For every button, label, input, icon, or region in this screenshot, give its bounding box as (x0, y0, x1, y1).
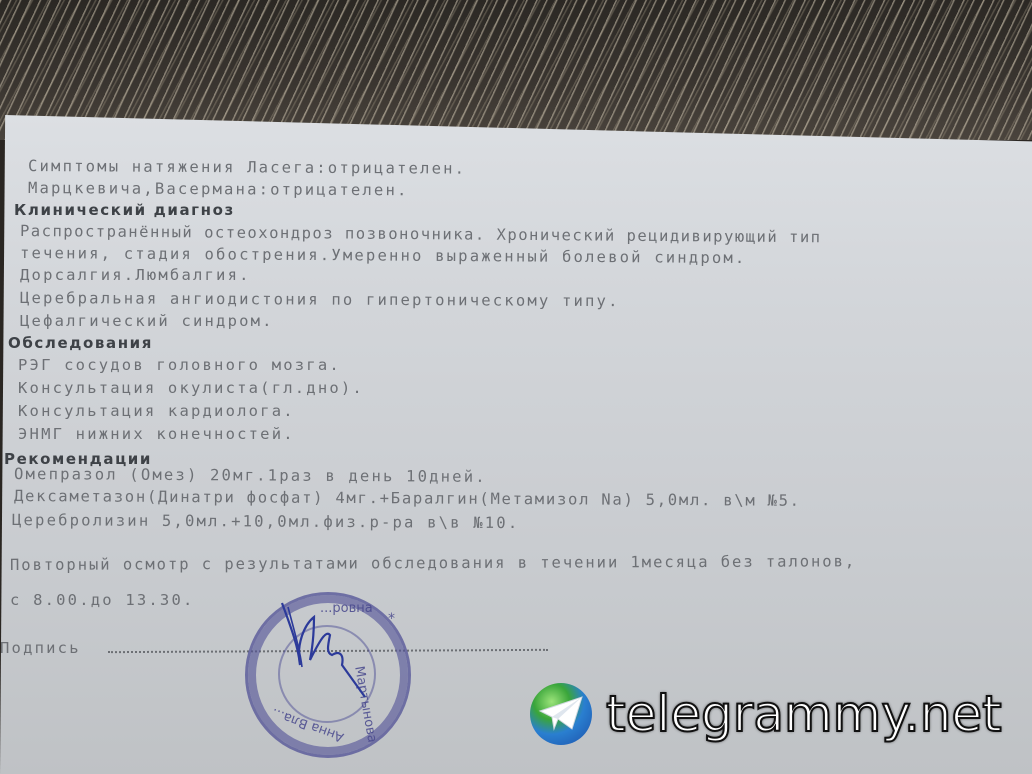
document-line: Дорсалгия.Люмбалгия. (20, 266, 251, 284)
document-line: Симптомы натяжения Ласега:отрицателен. (28, 157, 466, 178)
document-line: ЭНМГ нижних конечностей. (18, 425, 295, 443)
document-line: Церебральная ангиодистония по гипертонич… (20, 289, 620, 310)
section-heading-examinations: Обследования (8, 334, 153, 352)
handwritten-signature (270, 595, 380, 705)
document-line: Церебролизин 5,0мл.+10,0мл.физ.р-ра в\в … (12, 511, 520, 532)
telegram-globe-icon (530, 683, 592, 745)
followup-line: с 8.00.до 13.30. (10, 591, 195, 609)
watermark: telegrammy.net (530, 682, 1002, 746)
document-line: Консультация кардиолога. (18, 402, 295, 420)
signature-label: Подпись (0, 639, 81, 657)
section-heading-diagnosis: Клинический диагноз (14, 201, 235, 219)
document-line: Марцкевича,Васермана:отрицателен. (28, 179, 409, 199)
followup-line: Повторный осмотр с результатами обследов… (10, 552, 856, 574)
watermark-text: telegrammy.net (606, 685, 1002, 743)
document-line: Консультация окулиста(гл.дно). (18, 379, 364, 397)
document-line: РЭГ сосудов головного мозга. (18, 356, 341, 374)
stamp-star-icon: * (388, 611, 395, 627)
paper-plane-icon (538, 695, 584, 733)
document-line: Цефалгический синдром. (20, 312, 274, 330)
document-line: Омепразол (Омез) 20мг.1раз в день 10дней… (14, 465, 487, 486)
